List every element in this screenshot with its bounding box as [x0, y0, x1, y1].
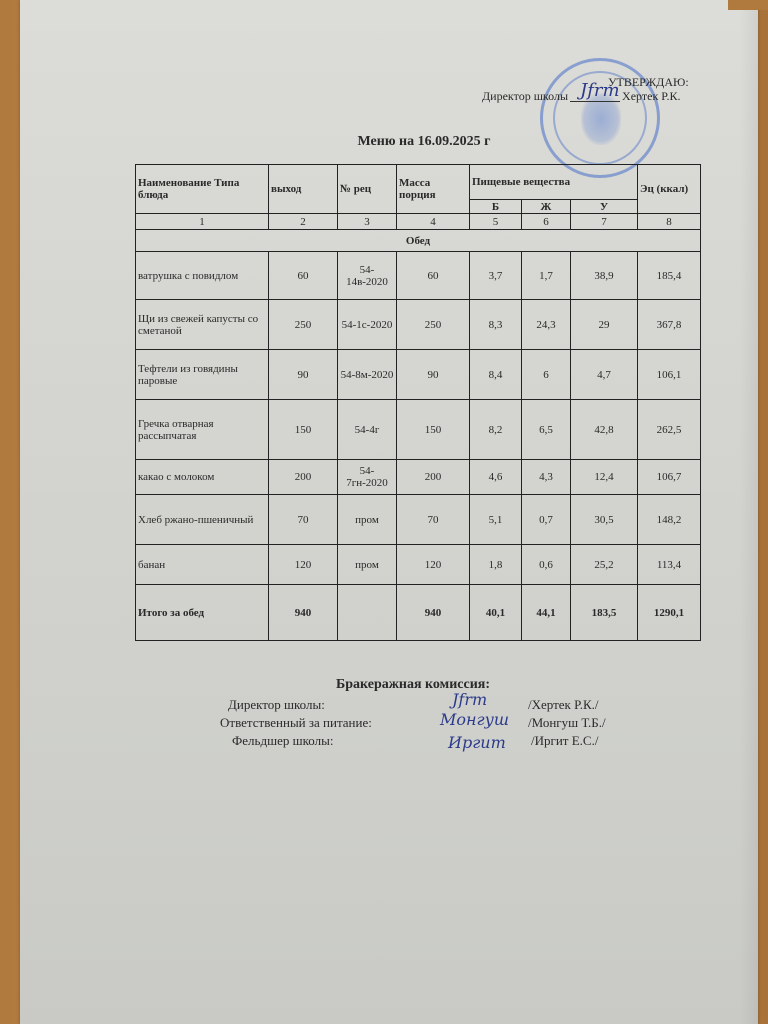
cell-carbs: 30,5 — [571, 495, 638, 545]
member-name: /Иргит Е.С./ — [531, 733, 598, 749]
medic-signature: Иргит — [448, 733, 506, 752]
total-energy: 1290,1 — [638, 585, 701, 641]
cell-carbs: 12,4 — [571, 460, 638, 495]
header-nutrients: Пищевые вещества — [470, 165, 638, 200]
header-yield: выход — [269, 165, 338, 214]
header-row: Наименование Типа блюда выход № рец Масс… — [136, 165, 701, 200]
cell-energy: 106,1 — [638, 350, 701, 400]
column-number: 6 — [522, 214, 571, 230]
cell-mass: 70 — [397, 495, 470, 545]
column-number: 1 — [136, 214, 269, 230]
column-number: 4 — [397, 214, 470, 230]
table-row: Щи из свежей капусты со сметаной25054-1с… — [136, 300, 701, 350]
total-fat: 44,1 — [522, 585, 571, 641]
cell-mass: 60 — [397, 252, 470, 300]
approval-position: Директор школы — [482, 89, 568, 103]
member-role: Фельдшер школы: — [232, 733, 333, 749]
cell-energy: 113,4 — [638, 545, 701, 585]
cell-recipe: пром — [338, 545, 397, 585]
cell-fat: 6,5 — [522, 400, 571, 460]
total-row: Итого за обед 940 940 40,1 44,1 183,5 12… — [136, 585, 701, 641]
cell-energy: 106,7 — [638, 460, 701, 495]
cell-fat: 1,7 — [522, 252, 571, 300]
cell-yield: 200 — [269, 460, 338, 495]
document-title: Меню на 16.09.2025 г — [0, 134, 768, 150]
cell-name: Гречка отварная рассыпчатая — [136, 400, 269, 460]
cell-fat: 6 — [522, 350, 571, 400]
wood-background — [728, 0, 768, 10]
cell-name: какао с молоком — [136, 460, 269, 495]
cell-recipe: 54-14в-2020 — [338, 252, 397, 300]
cell-carbs: 29 — [571, 300, 638, 350]
cell-recipe: 54-1с-2020 — [338, 300, 397, 350]
cell-name: банан — [136, 545, 269, 585]
header-carbs: У — [571, 200, 638, 214]
cell-name: Хлеб ржано-пшеничный — [136, 495, 269, 545]
cell-yield: 60 — [269, 252, 338, 300]
table-row: Тефтели из говядины паровые9054-8м-20209… — [136, 350, 701, 400]
column-number: 7 — [571, 214, 638, 230]
table-row: ватрушка с повидлом6054-14в-2020603,71,7… — [136, 252, 701, 300]
menu-rows: ватрушка с повидлом6054-14в-2020603,71,7… — [136, 252, 701, 585]
section-row: Обед — [136, 230, 701, 252]
cell-mass: 150 — [397, 400, 470, 460]
column-number: 5 — [470, 214, 522, 230]
column-number: 3 — [338, 214, 397, 230]
member-role: Ответственный за питание: — [220, 715, 372, 731]
total-protein: 40,1 — [470, 585, 522, 641]
table-row: какао с молоком20054-7гн-20202004,64,312… — [136, 460, 701, 495]
cell-carbs: 25,2 — [571, 545, 638, 585]
header-mass: Масса порция — [397, 165, 470, 214]
cell-protein: 4,6 — [470, 460, 522, 495]
cell-protein: 8,4 — [470, 350, 522, 400]
cell-energy: 262,5 — [638, 400, 701, 460]
menu-table: Наименование Типа блюда выход № рец Масс… — [135, 164, 701, 641]
cell-yield: 120 — [269, 545, 338, 585]
cell-fat: 0,6 — [522, 545, 571, 585]
cell-carbs: 42,8 — [571, 400, 638, 460]
cell-name: ватрушка с повидлом — [136, 252, 269, 300]
cell-name: Тефтели из говядины паровые — [136, 350, 269, 400]
cell-mass: 250 — [397, 300, 470, 350]
total-label: Итого за обед — [136, 585, 269, 641]
cell-protein: 1,8 — [470, 545, 522, 585]
header-fat: Ж — [522, 200, 571, 214]
cell-yield: 250 — [269, 300, 338, 350]
cell-recipe: 54-4г — [338, 400, 397, 460]
table-row: банан120пром1201,80,625,2113,4 — [136, 545, 701, 585]
header-protein: Б — [470, 200, 522, 214]
cell-recipe: 54-7гн-2020 — [338, 460, 397, 495]
approval-title: УТВЕРЖДАЮ: — [608, 75, 689, 90]
cell-protein: 8,2 — [470, 400, 522, 460]
section-title: Обед — [136, 230, 701, 252]
total-mass: 940 — [397, 585, 470, 641]
cell-energy: 185,4 — [638, 252, 701, 300]
cell-mass: 90 — [397, 350, 470, 400]
column-number-row: 1 2 3 4 5 6 7 8 — [136, 214, 701, 230]
cell-carbs: 4,7 — [571, 350, 638, 400]
total-yield: 940 — [269, 585, 338, 641]
column-number: 2 — [269, 214, 338, 230]
approval-name: Хертек Р.К. — [622, 89, 680, 103]
member-name: /Хертек Р.К./ — [528, 697, 599, 713]
director-signature: Jfrm — [452, 690, 487, 709]
total-recipe — [338, 585, 397, 641]
cell-recipe: пром — [338, 495, 397, 545]
cell-yield: 150 — [269, 400, 338, 460]
header-name: Наименование Типа блюда — [136, 165, 269, 214]
member-role: Директор школы: — [228, 697, 325, 713]
cell-protein: 8,3 — [470, 300, 522, 350]
total-carbs: 183,5 — [571, 585, 638, 641]
member-name: /Монгуш Т.Б./ — [528, 715, 606, 731]
cell-protein: 3,7 — [470, 252, 522, 300]
cell-yield: 90 — [269, 350, 338, 400]
cell-name: Щи из свежей капусты со сметаной — [136, 300, 269, 350]
director-signature: Jfrm — [580, 80, 620, 101]
cell-mass: 200 — [397, 460, 470, 495]
table-row: Гречка отварная рассыпчатая15054-4г1508,… — [136, 400, 701, 460]
cell-carbs: 38,9 — [571, 252, 638, 300]
header-energy: Эц (ккал) — [638, 165, 701, 214]
header-recipe: № рец — [338, 165, 397, 214]
column-number: 8 — [638, 214, 701, 230]
cell-yield: 70 — [269, 495, 338, 545]
cell-energy: 148,2 — [638, 495, 701, 545]
signature-line — [570, 101, 620, 102]
nutrition-signature: Монгуш — [440, 710, 509, 729]
cell-fat: 0,7 — [522, 495, 571, 545]
cell-fat: 24,3 — [522, 300, 571, 350]
cell-energy: 367,8 — [638, 300, 701, 350]
cell-protein: 5,1 — [470, 495, 522, 545]
cell-fat: 4,3 — [522, 460, 571, 495]
cell-mass: 120 — [397, 545, 470, 585]
cell-recipe: 54-8м-2020 — [338, 350, 397, 400]
table-row: Хлеб ржано-пшеничный70пром705,10,730,514… — [136, 495, 701, 545]
